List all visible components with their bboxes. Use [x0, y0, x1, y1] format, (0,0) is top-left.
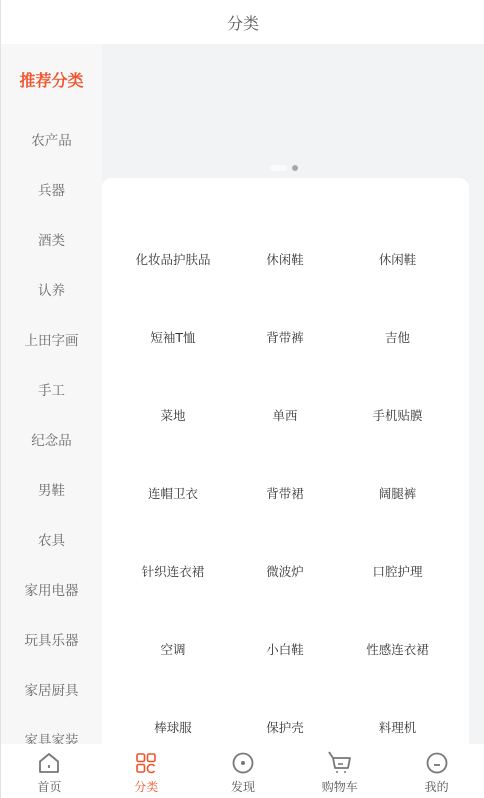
cart-icon — [327, 750, 353, 776]
tab-label: 我的 — [425, 778, 449, 795]
sidebar-item[interactable]: 农具 — [1, 514, 102, 564]
category-grid: 化妆品护肤品 休闲鞋 休闲鞋 短袖T恤 背带裤 吉他 菜地 单西 手机贴膜 连帽… — [102, 220, 469, 758]
category-sidebar[interactable]: 推荐分类 农产品 兵器 酒类 认养 上田字画 手工 纪念品 男鞋 农具 家用电器… — [1, 44, 102, 744]
grid-item[interactable]: 休闲鞋 — [244, 220, 326, 298]
tab-label: 分类 — [134, 778, 158, 795]
sidebar-item[interactable]: 家居厨具 — [1, 664, 102, 714]
tab-profile[interactable]: 我的 — [388, 744, 484, 798]
carousel-dot[interactable] — [292, 165, 298, 171]
sidebar-item[interactable]: 男鞋 — [1, 464, 102, 514]
grid-item[interactable]: 性感连衣裙 — [326, 610, 469, 688]
tab-discover[interactable]: 发现 — [195, 744, 292, 798]
tab-category[interactable]: 分类 — [98, 744, 195, 798]
bottom-tabbar: 首页 分类 发现 购物车 我的 — [1, 744, 484, 798]
tab-label: 首页 — [37, 778, 61, 795]
tab-cart[interactable]: 购物车 — [291, 744, 388, 798]
grid-item[interactable]: 休闲鞋 — [326, 220, 469, 298]
category-icon — [133, 750, 159, 776]
grid-item[interactable]: 针织连衣裙 — [102, 532, 244, 610]
sidebar-item[interactable]: 手工 — [1, 364, 102, 414]
carousel-dot-active[interactable] — [270, 165, 287, 171]
page-title: 分类 — [227, 11, 259, 34]
carousel-indicator — [270, 165, 298, 171]
grid-item[interactable]: 连帽卫衣 — [102, 454, 244, 532]
sidebar-item[interactable]: 认养 — [1, 264, 102, 314]
sidebar-item[interactable]: 兵器 — [1, 164, 102, 214]
grid-item[interactable]: 口腔护理 — [326, 532, 469, 610]
grid-item[interactable]: 微波炉 — [244, 532, 326, 610]
profile-icon — [424, 750, 450, 776]
banner-carousel[interactable] — [102, 44, 484, 184]
grid-item[interactable]: 背带裙 — [244, 454, 326, 532]
grid-item[interactable]: 背带裤 — [244, 298, 326, 376]
app: 分类 推荐分类 农产品 兵器 酒类 认养 上田字画 手工 纪念品 男鞋 农具 家… — [0, 0, 484, 798]
sidebar-item[interactable]: 上田字画 — [1, 314, 102, 364]
sidebar-item[interactable]: 家用电器 — [1, 564, 102, 614]
sidebar-item[interactable]: 家具家装 — [1, 714, 102, 744]
grid-item[interactable]: 化妆品护肤品 — [102, 220, 244, 298]
tab-label: 购物车 — [322, 778, 358, 795]
grid-item[interactable]: 菜地 — [102, 376, 244, 454]
grid-item[interactable]: 短袖T恤 — [102, 298, 244, 376]
category-panel: 化妆品护肤品 休闲鞋 休闲鞋 短袖T恤 背带裤 吉他 菜地 单西 手机贴膜 连帽… — [102, 178, 469, 758]
sidebar-item-recommended[interactable]: 推荐分类 — [1, 44, 102, 114]
sidebar-item[interactable]: 酒类 — [1, 214, 102, 264]
grid-item[interactable]: 空调 — [102, 610, 244, 688]
header: 分类 — [1, 0, 484, 44]
grid-item[interactable]: 单西 — [244, 376, 326, 454]
tab-home[interactable]: 首页 — [1, 744, 98, 798]
sidebar-item[interactable]: 玩具乐器 — [1, 614, 102, 664]
sidebar-item[interactable]: 纪念品 — [1, 414, 102, 464]
home-icon — [36, 750, 62, 776]
grid-item[interactable]: 手机贴膜 — [326, 376, 469, 454]
scroll-gutter — [469, 178, 484, 744]
grid-item[interactable]: 阔腿裤 — [326, 454, 469, 532]
grid-item[interactable]: 吉他 — [326, 298, 469, 376]
grid-item[interactable]: 小白鞋 — [244, 610, 326, 688]
discover-icon — [230, 750, 256, 776]
tab-label: 发现 — [231, 778, 255, 795]
sidebar-item[interactable]: 农产品 — [1, 114, 102, 164]
